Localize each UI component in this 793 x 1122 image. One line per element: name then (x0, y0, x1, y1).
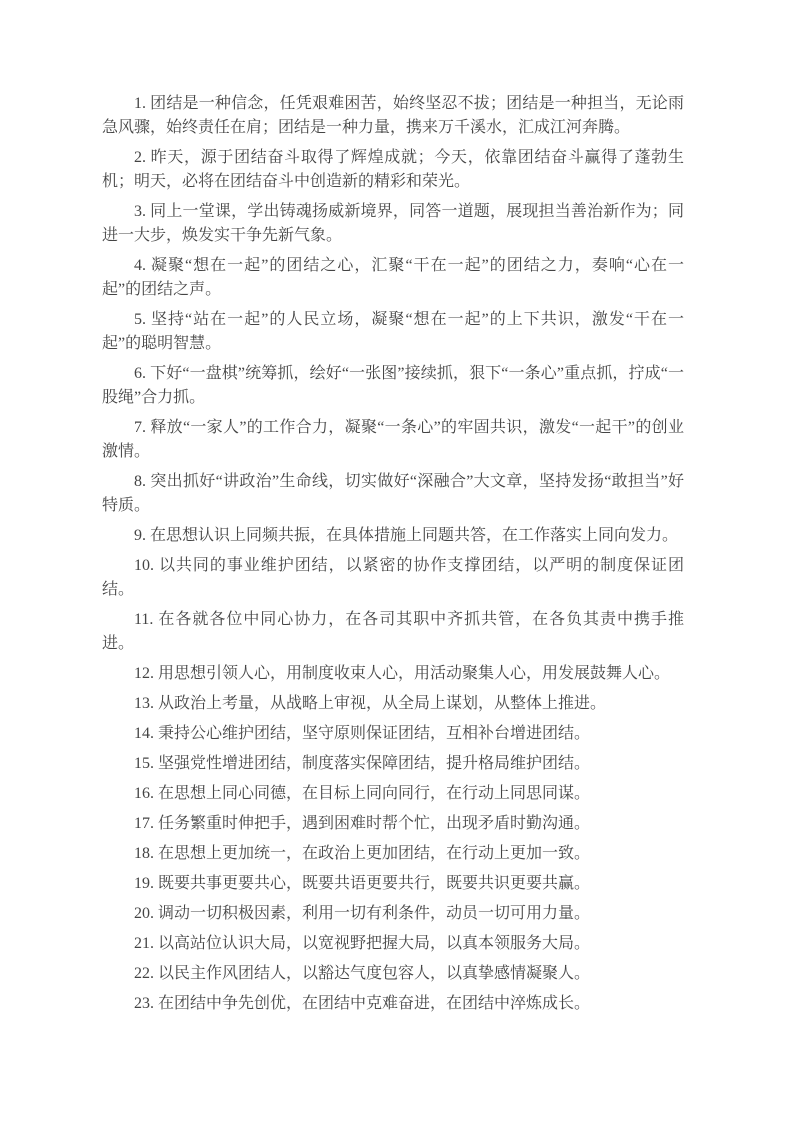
list-item: 22. 以民主作风团结人，以豁达气度包容人，以真挚感情凝聚人。 (102, 962, 684, 986)
list-item: 4. 凝聚“想在一起”的团结之心，汇聚“干在一起”的团结之力，奏响“心在一起”的… (102, 254, 684, 302)
list-item: 6. 下好“一盘棋”统筹抓，绘好“一张图”接续抓，狠下“一条心”重点抓，拧成“一… (102, 362, 684, 410)
list-item: 23. 在团结中争先创优，在团结中克难奋进，在团结中淬炼成长。 (102, 992, 684, 1016)
list-item: 12. 用思想引领人心，用制度收束人心，用活动聚集人心，用发展鼓舞人心。 (102, 662, 684, 686)
list-item: 18. 在思想上更加统一，在政治上更加团结，在行动上更加一致。 (102, 842, 684, 866)
list-item: 10. 以共同的事业维护团结，以紧密的协作支撑团结，以严明的制度保证团结。 (102, 554, 684, 602)
list-item: 11. 在各就各位中同心协力，在各司其职中齐抓共管，在各负其责中携手推进。 (102, 608, 684, 656)
document-page: 1. 团结是一种信念，任凭艰难困苦，始终坚忍不拔；团结是一种担当，无论雨急风骤，… (0, 0, 793, 1122)
list-item: 3. 同上一堂课，学出铸魂扬威新境界，同答一道题，展现担当善治新作为；同进一大步… (102, 200, 684, 248)
list-item: 8. 突出抓好“讲政治”生命线，切实做好“深融合”大文章，坚持发扬“敢担当”好特… (102, 470, 684, 518)
list-item: 20. 调动一切积极因素，利用一切有利条件，动员一切可用力量。 (102, 902, 684, 926)
list-item: 21. 以高站位认识大局，以宽视野把握大局，以真本领服务大局。 (102, 932, 684, 956)
list-item: 13. 从政治上考量，从战略上审视，从全局上谋划，从整体上推进。 (102, 692, 684, 716)
list-item: 14. 秉持公心维护团结，坚守原则保证团结，互相补台增进团结。 (102, 722, 684, 746)
list-item: 5. 坚持“站在一起”的人民立场，凝聚“想在一起”的上下共识，激发“干在一起”的… (102, 308, 684, 356)
list-item: 17. 任务繁重时伸把手，遇到困难时帮个忙，出现矛盾时勤沟通。 (102, 812, 684, 836)
list-item: 1. 团结是一种信念，任凭艰难困苦，始终坚忍不拔；团结是一种担当，无论雨急风骤，… (102, 92, 684, 140)
list-item: 15. 坚强党性增进团结，制度落实保障团结，提升格局维护团结。 (102, 752, 684, 776)
list-item: 16. 在思想上同心同德，在目标上同向同行，在行动上同思同谋。 (102, 782, 684, 806)
list-item: 7. 释放“一家人”的工作合力，凝聚“一条心”的牢固共识，激发“一起干”的创业激… (102, 416, 684, 464)
list-item: 9. 在思想认识上同频共振，在具体措施上同题共答，在工作落实上同向发力。 (102, 524, 684, 548)
list-item: 19. 既要共事更要共心，既要共语更要共行，既要共识更要共赢。 (102, 872, 684, 896)
document-body: 1. 团结是一种信念，任凭艰难困苦，始终坚忍不拔；团结是一种担当，无论雨急风骤，… (102, 92, 684, 1022)
list-item: 2. 昨天，源于团结奋斗取得了辉煌成就；今天，依靠团结奋斗赢得了蓬勃生机；明天，… (102, 146, 684, 194)
